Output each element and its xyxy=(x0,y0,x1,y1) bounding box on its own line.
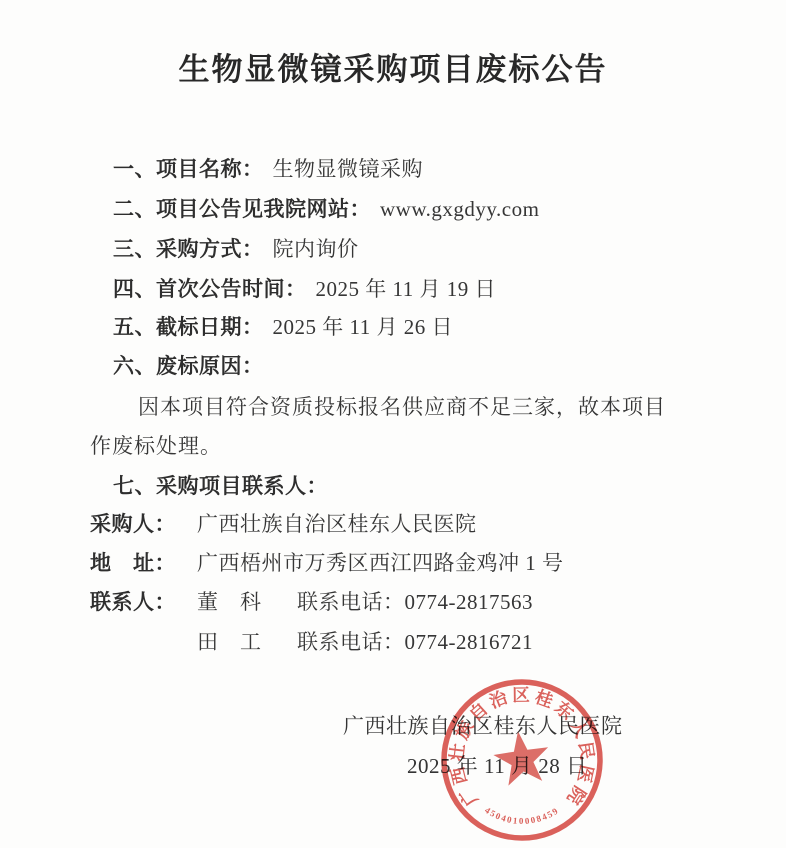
phone-label: 联系电话： xyxy=(297,590,405,614)
contact-person-phone: 联系电话：0774-2816721 xyxy=(297,627,533,657)
signature-date: 2025 年 11 月 28 日 xyxy=(407,751,587,781)
document-page: 生物显微镜采购项目废标公告 一、项目名称：生物显微镜采购 二、项目公告见我院网站… xyxy=(0,0,786,848)
contact-label: 采购人： xyxy=(90,513,176,536)
contact-purchaser-row: 采购人：广西壮族自治区桂东人民医院 xyxy=(90,509,176,540)
item-first-announcement-date: 四、首次公告时间：2025 年 11 月 19 日 xyxy=(113,274,496,305)
contact-value: 广西壮族自治区桂东人民医院 xyxy=(197,509,477,539)
seal-code-text: 4504010008459 xyxy=(483,805,560,826)
item-deadline-date: 五、截标日期：2025 年 11 月 26 日 xyxy=(113,312,453,343)
item-procurement-method: 三、采购方式：院内询价 xyxy=(113,234,359,265)
item-label: 三、采购方式： xyxy=(113,238,264,261)
item-cancellation-reason: 六、废标原因： xyxy=(113,351,264,382)
phone-label: 联系电话： xyxy=(297,630,405,654)
item-label: 四、首次公告时间： xyxy=(113,278,307,301)
contact-person-name: 田 工 xyxy=(197,627,262,657)
contacts-heading: 七、采购项目联系人： xyxy=(113,471,328,502)
seal-org-text: 广西壮族自治区桂东人民医院 xyxy=(446,685,597,810)
item-label: 二、项目公告见我院网站： xyxy=(113,198,371,221)
item-label: 六、废标原因： xyxy=(113,355,264,378)
contact-label: 地 址： xyxy=(90,552,176,575)
contact-person-name: 董 科 xyxy=(197,587,262,617)
item-label: 五、截标日期： xyxy=(113,316,264,339)
item-value: 生物显微镜采购 xyxy=(273,157,424,181)
reason-paragraph-line1: 因本项目符合资质投标报名供应商不足三家，故本项目 xyxy=(138,392,666,422)
item-value: 2025 年 11 月 26 日 xyxy=(273,315,453,339)
contact-person-phone: 联系电话：0774-2817563 xyxy=(297,587,533,617)
item-label: 一、项目名称： xyxy=(113,158,264,181)
item-value: 院内询价 xyxy=(273,237,359,261)
contact-person-row-1: 联系人：董 科联系电话：0774-2817563 xyxy=(90,587,176,618)
document-title: 生物显微镜采购项目废标公告 xyxy=(0,50,786,90)
contact-value: 广西梧州市万秀区西江四路金鸡冲 1 号 xyxy=(197,548,564,578)
item-value: www.gxgdyy.com xyxy=(380,197,539,221)
phone-number: 0774-2816721 xyxy=(405,630,534,654)
reason-paragraph-line2: 作废标处理。 xyxy=(90,431,222,461)
phone-number: 0774-2817563 xyxy=(405,590,534,614)
contact-label: 联系人： xyxy=(90,591,176,614)
item-website: 二、项目公告见我院网站：www.gxgdyy.com xyxy=(113,194,539,225)
item-project-name: 一、项目名称：生物显微镜采购 xyxy=(113,154,423,185)
signature-organization: 广西壮族自治区桂东人民医院 xyxy=(343,711,623,741)
item-value: 2025 年 11 月 19 日 xyxy=(316,277,496,301)
contact-address-row: 地 址：广西梧州市万秀区西江四路金鸡冲 1 号 xyxy=(90,548,176,579)
